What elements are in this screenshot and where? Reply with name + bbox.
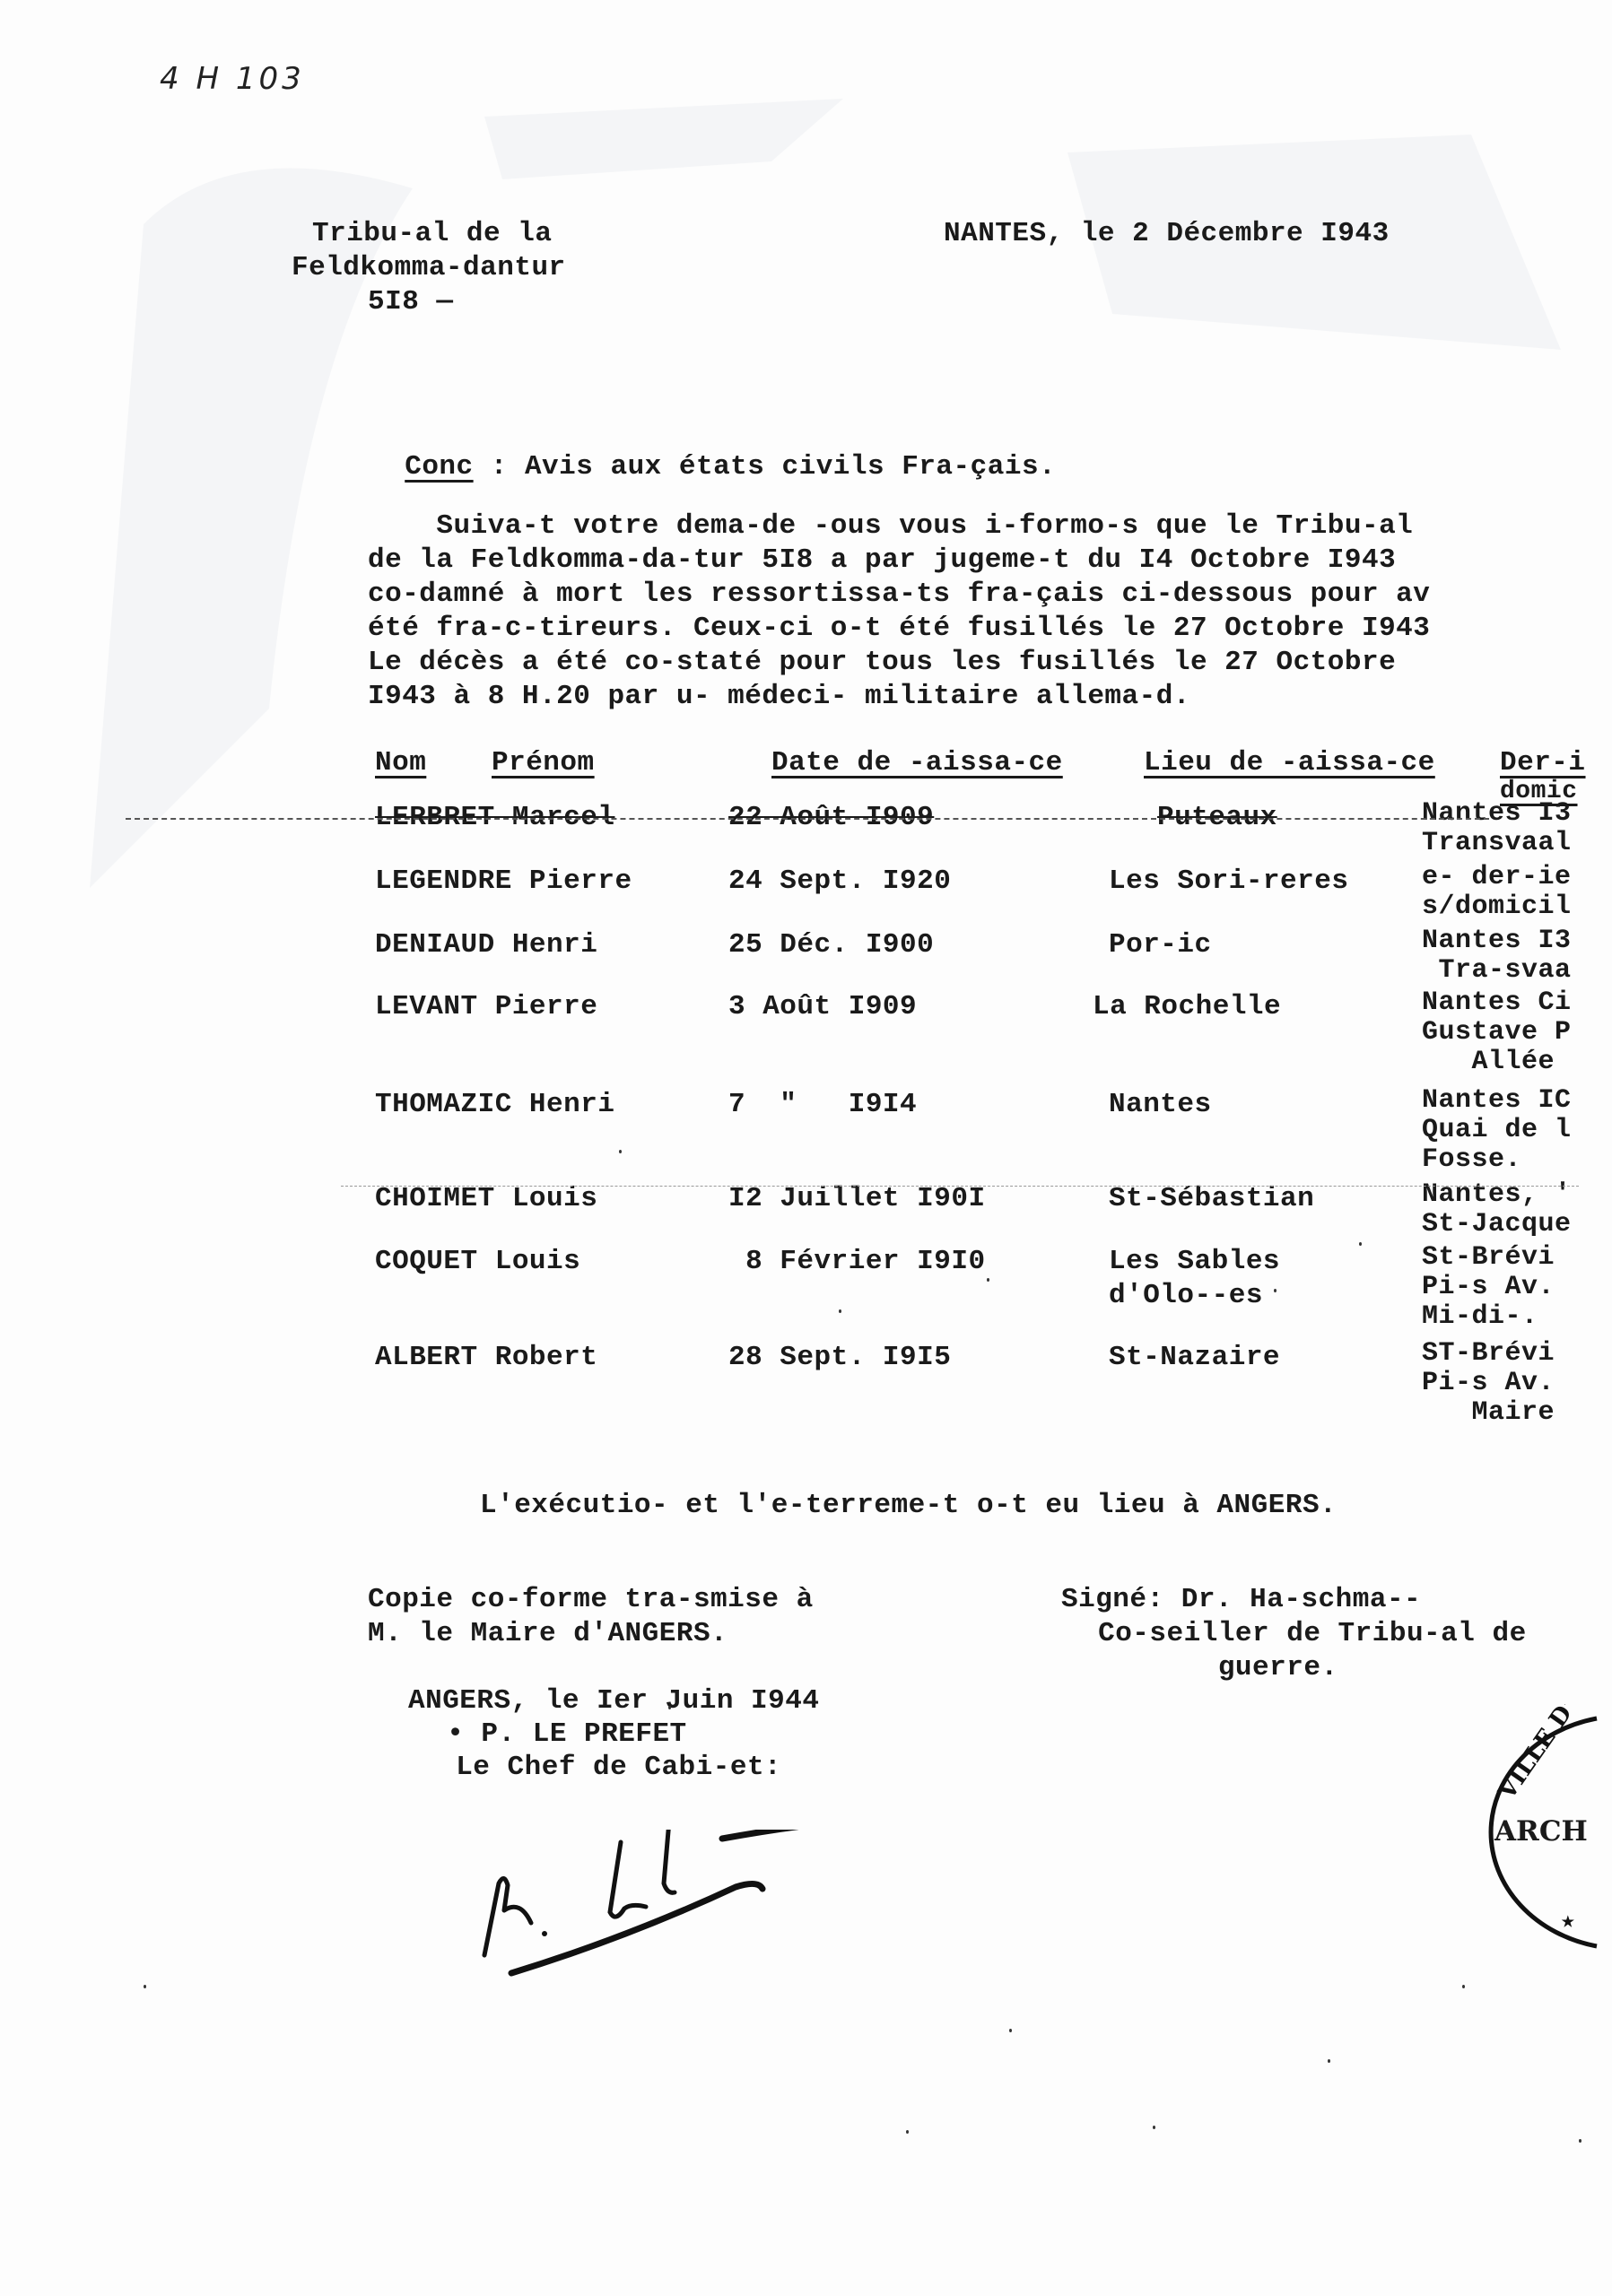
scan-speck [619, 1150, 622, 1153]
cell-last-domicile: St-Brévi Pi-s Av. Mi-di-. [1422, 1243, 1555, 1332]
cell-birth-date: 8 Février I9I0 [728, 1245, 986, 1279]
cell-last-domicile: Nantes Ci Gustave P Allée [1422, 988, 1572, 1077]
prefecture-line-2: • P. LE PREFET [413, 1718, 687, 1752]
scan-speck [1359, 1242, 1362, 1246]
signed-line-3: guerre. [1081, 1651, 1338, 1685]
cell-last-domicile: Nantes, ' St-Jacque [1422, 1180, 1572, 1239]
sender-line-1: Tribu-al de la [312, 217, 552, 251]
body-line: I943 à 8 H.20 par u- médeci- militaire a… [368, 680, 1612, 714]
cell-birth-place: Por-ic [1109, 928, 1212, 962]
cell-birth-place: St-Nazaire [1109, 1341, 1280, 1375]
cell-birth-date: 25 Déc. I900 [728, 928, 934, 962]
scan-speck [839, 1309, 841, 1313]
subject-label: Conc [405, 451, 473, 483]
star-icon: ★ [1561, 1907, 1575, 1935]
body-paragraph: Suiva-t votre dema-de -ous vous i-formo-… [368, 509, 1612, 714]
scan-speck [987, 1278, 989, 1282]
header-lieu: Lieu de -aissa-ce [1144, 746, 1435, 780]
cell-last-domicile: Nantes IC Quai de l Fosse. [1422, 1086, 1572, 1175]
cell-name: LEGENDRE Pierre [375, 865, 632, 899]
cell-last-domicile: ST-Brévi Pi-s Av. Maire [1422, 1339, 1555, 1428]
signed-line-2: Co-seiller de Tribu-al de [1081, 1617, 1527, 1651]
prefecture-line-1: ANGERS, le Ier Juin I944 [408, 1684, 819, 1718]
sender-line-3: 5I8 — [368, 285, 454, 319]
body-line: co-damné à mort les ressortissa-ts fra-ç… [368, 578, 1612, 612]
prefecture-line-3: Le Chef de Cabi-et: [422, 1751, 781, 1785]
header-nom: Nom [375, 746, 426, 780]
cell-name: CHOIMET Louis [375, 1182, 597, 1216]
subject-text: : Avis aux états civils Fra-çais. [474, 451, 1057, 483]
scan-speck [1009, 2029, 1012, 2032]
signature [449, 1830, 915, 1991]
cell-birth-place: Les Sori-reres [1109, 865, 1348, 899]
strikethrough-line [126, 818, 1489, 820]
cell-birth-date: 7 " I9I4 [728, 1088, 917, 1122]
cell-name: DENIAUD Henri [375, 928, 597, 962]
signed-line-1: Signé: Dr. Ha-schma-- [1061, 1583, 1421, 1617]
copy-note-1: Copie co-forme tra-smise à [368, 1583, 814, 1617]
header-date: Date de -aissa-ce [771, 746, 1063, 780]
scan-speck [1462, 1985, 1465, 1988]
cell-last-domicile: e- der-ie s/domicil [1422, 863, 1572, 922]
cell-name: THOMAZIC Henri [375, 1088, 614, 1122]
cell-birth-place: Les Sables d'Olo--es [1109, 1245, 1280, 1313]
stamp-arc-text: VILLE D' [1494, 1704, 1582, 1805]
cell-name: LEVANT Pierre [375, 990, 597, 1024]
cell-birth-date: 24 Sept. I920 [728, 865, 951, 899]
archive-reference: 4 H 103 [160, 61, 305, 97]
cell-name: COQUET Louis [375, 1245, 580, 1279]
cell-last-domicile: Nantes I3 Transvaal [1422, 799, 1572, 858]
body-line: Le décès a été co-staté pour tous les fu… [368, 646, 1612, 680]
cell-name: ALBERT Robert [375, 1341, 597, 1375]
scan-speck [1328, 2059, 1330, 2063]
body-line: été fra-c-tireurs. Ceux-ci o-t été fusil… [368, 612, 1612, 646]
place-date: NANTES, le 2 Décembre I943 [944, 217, 1390, 251]
scan-speck [1274, 1289, 1277, 1292]
cell-last-domicile: Nantes I3 Tra-svaa [1422, 926, 1572, 986]
cell-birth-date: 28 Sept. I9I5 [728, 1341, 951, 1375]
cell-birth-date: I2 Juillet I90I [728, 1182, 986, 1216]
body-line: de la Feldkomma-da-tur 5I8 a par jugeme-… [368, 544, 1612, 578]
header-prenom: Prénom [492, 746, 595, 780]
execution-note: L'exécutio- et l'e-terreme-t o-t eu lieu… [480, 1489, 1337, 1523]
scan-speck [144, 1985, 146, 1988]
row-separator [341, 1186, 1579, 1187]
cell-birth-date: 3 Août I909 [728, 990, 917, 1024]
cell-birth-place: St-Sébastian [1109, 1182, 1314, 1216]
scan-speck [668, 1706, 671, 1709]
sender-line-2: Feldkomma-dantur [292, 251, 566, 285]
cell-birth-place: La Rochelle [1093, 990, 1281, 1024]
copy-note-2: M. le Maire d'ANGERS. [368, 1617, 728, 1651]
cell-birth-place: Nantes [1109, 1088, 1212, 1122]
stamp-center-text: ARCH [1494, 1815, 1588, 1848]
subject-line: Conc : Avis aux états civils Fra-çais. [370, 416, 1056, 484]
body-line: Suiva-t votre dema-de -ous vous i-formo-… [368, 509, 1612, 544]
scan-speck [1153, 2126, 1155, 2129]
scan-speck [1579, 2139, 1582, 2143]
scan-speck [906, 2130, 909, 2134]
